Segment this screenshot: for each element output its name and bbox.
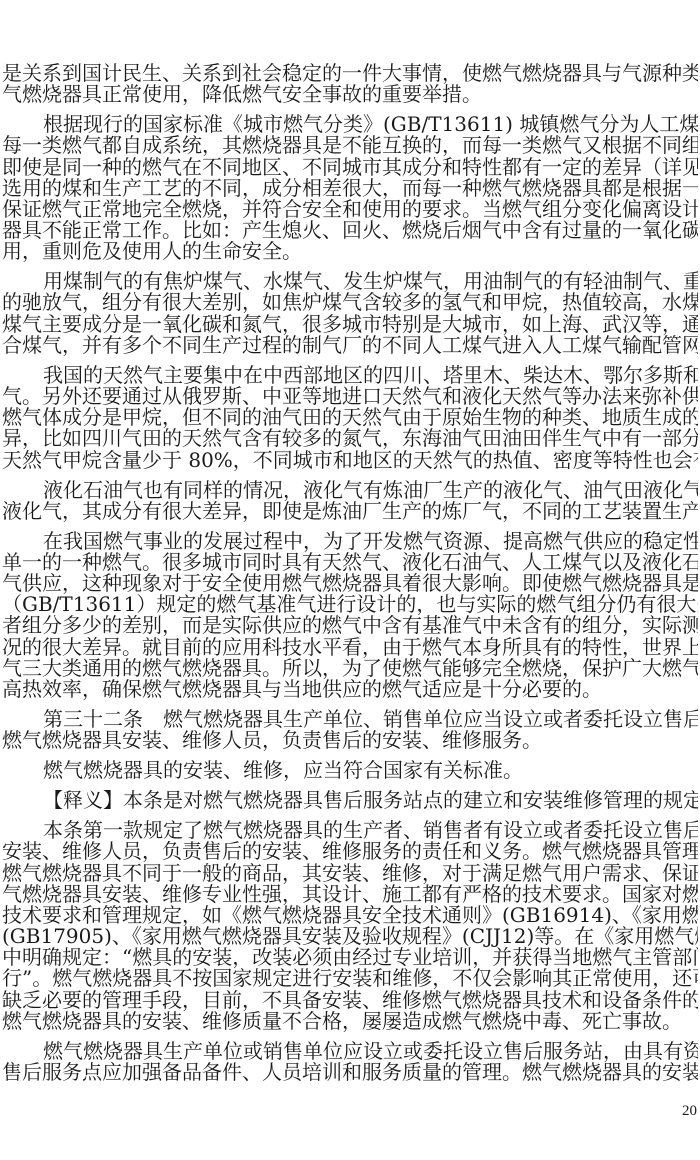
- text-line: 单一的一种燃气。很多城市同时具有天然气、液化石油气、人工煤气以及液化石油气掺混空…: [2, 552, 698, 573]
- text-line: 燃气体成分是甲烷，但不同的油气田的天然气由于原始生物的种类、地质生成的条件的不同…: [2, 407, 698, 428]
- text-line: 燃气燃烧器具安装、维修人员，负责售后的安装、维修服务。: [2, 730, 698, 751]
- text-line: 液化气，其成分有很大差异，即使是炼油厂生产的炼厂气，不同的工艺装置生产的液化气也…: [2, 501, 698, 522]
- text-line: 燃气燃烧器具的安装、维修质量不合格，屡屡造成燃气燃烧中毒、死亡事故。: [2, 1011, 698, 1032]
- paragraph: 用煤制气的有焦炉煤气、水煤气、发生炉煤气，用油制气的有轻油制气、重油制气，有的地…: [2, 271, 698, 356]
- text-line: 即使是同一种的燃气在不同地区、不同城市其成分和特性都有一定的差异（详见附表），如…: [2, 157, 698, 178]
- text-line: （GB/T13611）规定的燃气基准气进行设计的，也与实际的燃气组分仍有很大差别…: [2, 594, 698, 615]
- text-line: 用，重则危及使用人的生命安全。: [2, 241, 698, 262]
- text-line: 燃气燃烧器具不同于一般的商品，其安装、维修，对于满足燃气用户需求、保证用气安全，…: [2, 863, 698, 884]
- text-line: 异，比如四川气田的天然气含有较多的氮气，东海油气田油田伴生气中有一部分轻烃类成分…: [2, 428, 698, 449]
- text-line: 我国的天然气主要集中在中西部地区的四川、塔里木、柴达木、鄂尔多斯和沿海大陆架区域…: [2, 365, 698, 386]
- text-line: 液化石油气也有同样的情况，液化气有炼油厂生产的液化气、油气田液化气、还有用纯丙烷…: [2, 480, 698, 501]
- text-line: 根据现行的国家标准《城市燃气分类》(GB/T13611) 城镇燃气分为人工煤气、…: [2, 114, 698, 135]
- paragraph: 燃气燃烧器具生产单位或销售单位应设立或委托设立售后服务站，由具有资质的单位承担安…: [2, 1041, 698, 1083]
- text-line: 气燃烧器具正常使用，降低燃气安全事故的重要举措。: [2, 84, 698, 105]
- paragraph: 燃气燃烧器具的安装、维修，应当符合国家有关标准。: [2, 760, 698, 781]
- text-line: 本条第一款规定了燃气燃烧器具的生产者、销售者有设立或者委托设立售后服务站点，配备…: [2, 820, 698, 841]
- text-line: 天然气甲烷含量少于 80%，不同城市和地区的天然气的热值、密度等特性也会有所不同…: [2, 450, 698, 471]
- text-line: 气燃烧器具安装、维修专业性强，其设计、施工都有严格的技术要求。国家对燃气器具的安…: [2, 884, 698, 905]
- text-line: 选用的煤和生产工艺的不同，成分相差很大，而每一种燃气燃烧器具都是根据一定的燃气组…: [2, 178, 698, 199]
- paragraph: 本条第一款规定了燃气燃烧器具的生产者、销售者有设立或者委托设立售后服务站点，配备…: [2, 820, 698, 1032]
- page-number: 20: [682, 1102, 697, 1120]
- text-line: 气供应，这种现象对于安全使用燃气燃烧器具着很大影响。即使燃气燃烧器具是按照国家标…: [2, 573, 698, 594]
- text-line: 气三大类通用的燃气燃烧器具。所以，为了使燃气能够完全燃烧，保护广大燃气用户的使用…: [2, 658, 698, 679]
- text-line: 行”。燃气燃烧器具不按国家规定进行安装和维修，不仅会影响其正常使用，还可能危及用…: [2, 968, 698, 989]
- text-line: 用煤制气的有焦炉煤气、水煤气、发生炉煤气，用油制气的有轻油制气、重油制气，有的地…: [2, 271, 698, 292]
- text-line: 第三十二条 燃气燃烧器具生产单位、销售单位应当设立或者委托设立售后服务站点，配备…: [2, 709, 698, 730]
- paragraph: 液化石油气也有同样的情况，液化气有炼油厂生产的液化气、油气田液化气、还有用纯丙烷…: [2, 480, 698, 522]
- text-line: 售后服务点应加强备品备件、人员培训和服务质量的管理。燃气燃烧器具的安装、维修活动…: [2, 1062, 698, 1083]
- text-line: 器具不能正常工作。比如：产生熄火、回火、燃烧后烟气中含有过量的一氧化碳等有害气体…: [2, 220, 698, 241]
- text-line: 缺乏必要的管理手段，目前，不具备安装、维修燃气燃烧器具技术和设备条件的安装队伍仍…: [2, 990, 698, 1011]
- text-line: 保证燃气正常地完全燃烧，并符合安全和使用的要求。当燃气组分变化偏离设计范围时，燃…: [2, 199, 698, 220]
- text-line: 气。另外还要通过从俄罗斯、中亚等地进口天然气和液化天然气等办法来弥补供需缺口。虽…: [2, 386, 698, 407]
- text-line: 合煤气，并有多个不同生产过程的制气厂的不同人工煤气进入人工煤气输配管网。: [2, 335, 698, 356]
- text-line: 在我国燃气事业的发展过程中，为了开发燃气资源、提高燃气供应的稳定性，燃气供应企业…: [2, 531, 698, 552]
- text-line: 燃气燃烧器具的安装、维修，应当符合国家有关标准。: [2, 760, 698, 781]
- paragraph: 第三十二条 燃气燃烧器具生产单位、销售单位应当设立或者委托设立售后服务站点，配备…: [2, 709, 698, 751]
- document-body: 是关系到国计民生、关系到社会稳定的一件大事情，使燃气燃烧器具与气源种类、气质成分…: [2, 63, 698, 1092]
- text-line: 况的很大差异。就目前的应用科技水平看，由于燃气本身所具有的特性，世界上还没有哪个…: [2, 637, 698, 658]
- text-line: 的驰放气，组分有很大差别，如焦炉煤气含较多的氢气和甲烷，热值较高，水煤气主要可燃…: [2, 292, 698, 313]
- text-line: 燃气燃烧器具生产单位或销售单位应设立或委托设立售后服务站，由具有资质的单位承担安…: [2, 1041, 698, 1062]
- text-line: 中明确规定：“燃具的安装，改装必须由经过专业培训，并获得当地燃气主管部门资质审查…: [2, 947, 698, 968]
- text-line: 【释义】本条是对燃气燃烧器具售后服务站点的建立和安装维修管理的规定。: [2, 790, 698, 811]
- text-line: (GB17905)、《家用燃气燃烧器具安装及验收规程》(CJJ12)等。在《家用…: [2, 926, 698, 947]
- paragraph: 在我国燃气事业的发展过程中，为了开发燃气资源、提高燃气供应的稳定性，燃气供应企业…: [2, 531, 698, 701]
- text-line: 是关系到国计民生、关系到社会稳定的一件大事情，使燃气燃烧器具与气源种类、气质成分…: [2, 63, 698, 84]
- paragraph: 根据现行的国家标准《城市燃气分类》(GB/T13611) 城镇燃气分为人工煤气、…: [2, 114, 698, 262]
- text-line: 安装、维修人员，负责售后的安装、维修服务的责任和义务。燃气燃烧器具管理是燃气安全…: [2, 841, 698, 862]
- text-line: 技术要求和管理规定，如《燃气燃烧器具安全技术通则》(GB16914)、《家用燃气…: [2, 905, 698, 926]
- text-line: 煤气主要成分是一氧化碳和氮气，很多城市特别是大城市，如上海、武汉等，通常供应多种…: [2, 314, 698, 335]
- text-line: 每一类燃气都自成系统，其燃烧器具是不能互换的，而每一类燃气又根据不同组分和特性划…: [2, 135, 698, 156]
- text-line: 者组分多少的差别，而是实际供应的燃气中含有基准气中未含有的组分，实际测试表明这些…: [2, 615, 698, 636]
- paragraph: 是关系到国计民生、关系到社会稳定的一件大事情，使燃气燃烧器具与气源种类、气质成分…: [2, 63, 698, 105]
- paragraph: 【释义】本条是对燃气燃烧器具售后服务站点的建立和安装维修管理的规定。: [2, 790, 698, 811]
- text-line: 高热效率，确保燃气燃烧器具与当地供应的燃气适应是十分必要的。: [2, 679, 698, 700]
- paragraph: 我国的天然气主要集中在中西部地区的四川、塔里木、柴达木、鄂尔多斯和沿海大陆架区域…: [2, 365, 698, 471]
